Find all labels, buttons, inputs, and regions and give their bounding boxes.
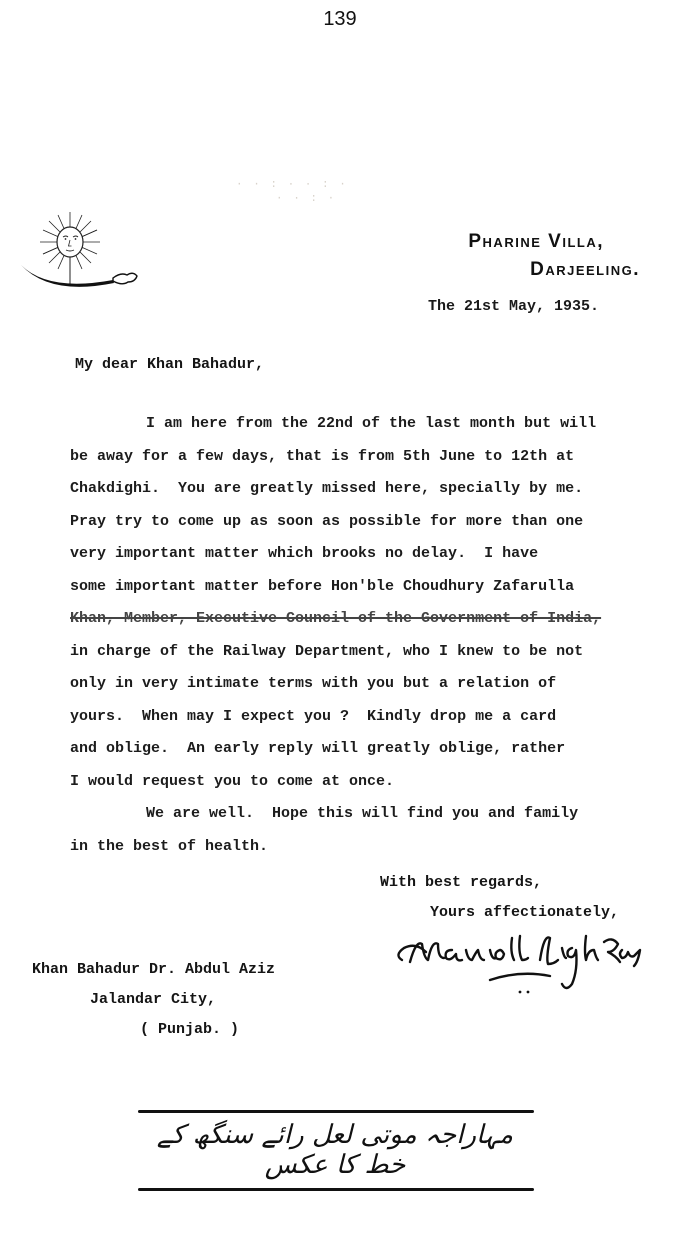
- letter-body: I am here from the 22nd of the last mont…: [70, 408, 670, 863]
- closing: With best regards, Yours affectionately,: [380, 868, 619, 928]
- body-line: yours. When may I expect you ? Kindly dr…: [70, 701, 670, 734]
- body-line: I would request you to come at once.: [70, 766, 670, 799]
- salutation: My dear Khan Bahadur,: [75, 356, 264, 373]
- bleed-through-stamp: · · : ∙ ∙ : · · ∙ : ·: [236, 178, 436, 206]
- closing-regards: With best regards,: [380, 868, 619, 898]
- body-line: and oblige. An early reply will greatly …: [70, 733, 670, 766]
- recipient-state: ( Punjab. ): [32, 1015, 275, 1045]
- recipient-name: Khan Bahadur Dr. Abdul Aziz: [32, 955, 275, 985]
- caption-bottom-rule: [138, 1188, 534, 1191]
- letterhead-address: Pharine Villa, Darjeeling.: [468, 228, 640, 284]
- body-line: I am here from the 22nd of the last mont…: [70, 408, 670, 441]
- body-line: in the best of health.: [70, 831, 670, 864]
- body-line: some important matter before Hon'ble Cho…: [70, 571, 670, 604]
- page-number: 139: [0, 8, 680, 31]
- body-line-struck-through: Khan, Member, Executive Council of the G…: [70, 603, 670, 636]
- body-line: very important matter which brooks no de…: [70, 538, 670, 571]
- body-line: Chakdighi. You are greatly missed here, …: [70, 473, 670, 506]
- handwritten-signature: Maniloll Singh Roy: [390, 920, 680, 1005]
- letterhead-house-name: Pharine Villa,: [468, 228, 640, 256]
- body-line: We are well. Hope this will find you and…: [70, 798, 670, 831]
- recipient-city: Jalandar City,: [32, 985, 275, 1015]
- letter-date: The 21st May, 1935.: [428, 298, 599, 315]
- body-line: Pray try to come up as soon as possible …: [70, 506, 670, 539]
- body-line: in charge of the Railway Department, who…: [70, 636, 670, 669]
- letterhead-place: Darjeeling.: [468, 256, 640, 284]
- body-line: be away for a few days, that is from 5th…: [70, 441, 670, 474]
- urdu-caption: مہاراجہ موتی لعل رائے سنگھ کے خط کا عکس: [140, 1120, 530, 1180]
- caption-top-rule: [138, 1110, 534, 1113]
- recipient-address: Khan Bahadur Dr. Abdul Aziz Jalandar Cit…: [32, 955, 275, 1045]
- body-line: only in very intimate terms with you but…: [70, 668, 670, 701]
- sun-face-crescent-sword-emblem-icon: [18, 210, 143, 300]
